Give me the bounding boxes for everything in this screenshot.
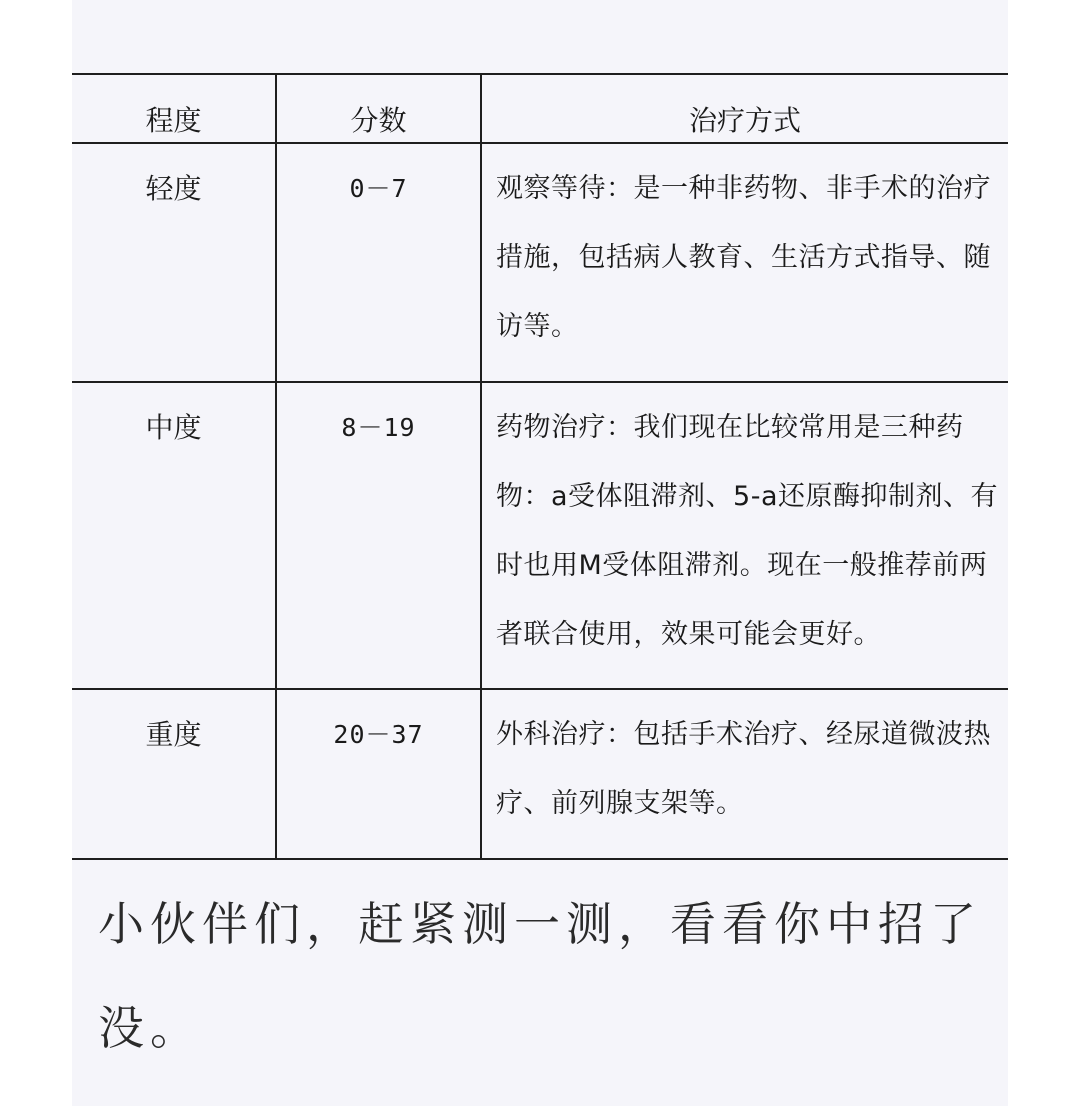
cell-score: 0－7: [276, 143, 481, 382]
cell-level: 中度: [72, 382, 276, 689]
cell-score: 8－19: [276, 382, 481, 689]
cell-treatment: 观察等待：是一种非药物、非手术的治疗措施，包括病人教育、生活方式指导、随访等。: [481, 143, 1008, 382]
table-row: 中度 8－19 药物治疗：我们现在比较常用是三种药物：a受体阻滞剂、5-a还原酶…: [72, 382, 1008, 689]
cell-score: 20－37: [276, 689, 481, 859]
closing-paragraph: 小伙伴们，赶紧测一测，看看你中招了没。: [98, 872, 998, 1080]
cell-level: 重度: [72, 689, 276, 859]
header-treatment: 治疗方式: [481, 74, 1008, 143]
severity-treatment-table: 程度 分数 治疗方式 轻度 0－7 观察等待：是一种非药物、非手术的治疗措施，包…: [72, 73, 1008, 860]
table-row: 重度 20－37 外科治疗：包括手术治疗、经尿道微波热疗、前列腺支架等。: [72, 689, 1008, 859]
table-row: 轻度 0－7 观察等待：是一种非药物、非手术的治疗措施，包括病人教育、生活方式指…: [72, 143, 1008, 382]
cell-level: 轻度: [72, 143, 276, 382]
header-level: 程度: [72, 74, 276, 143]
table-header-row: 程度 分数 治疗方式: [72, 74, 1008, 143]
header-score: 分数: [276, 74, 481, 143]
cell-treatment: 药物治疗：我们现在比较常用是三种药物：a受体阻滞剂、5-a还原酶抑制剂、有时也用…: [481, 382, 1008, 689]
cell-treatment: 外科治疗：包括手术治疗、经尿道微波热疗、前列腺支架等。: [481, 689, 1008, 859]
